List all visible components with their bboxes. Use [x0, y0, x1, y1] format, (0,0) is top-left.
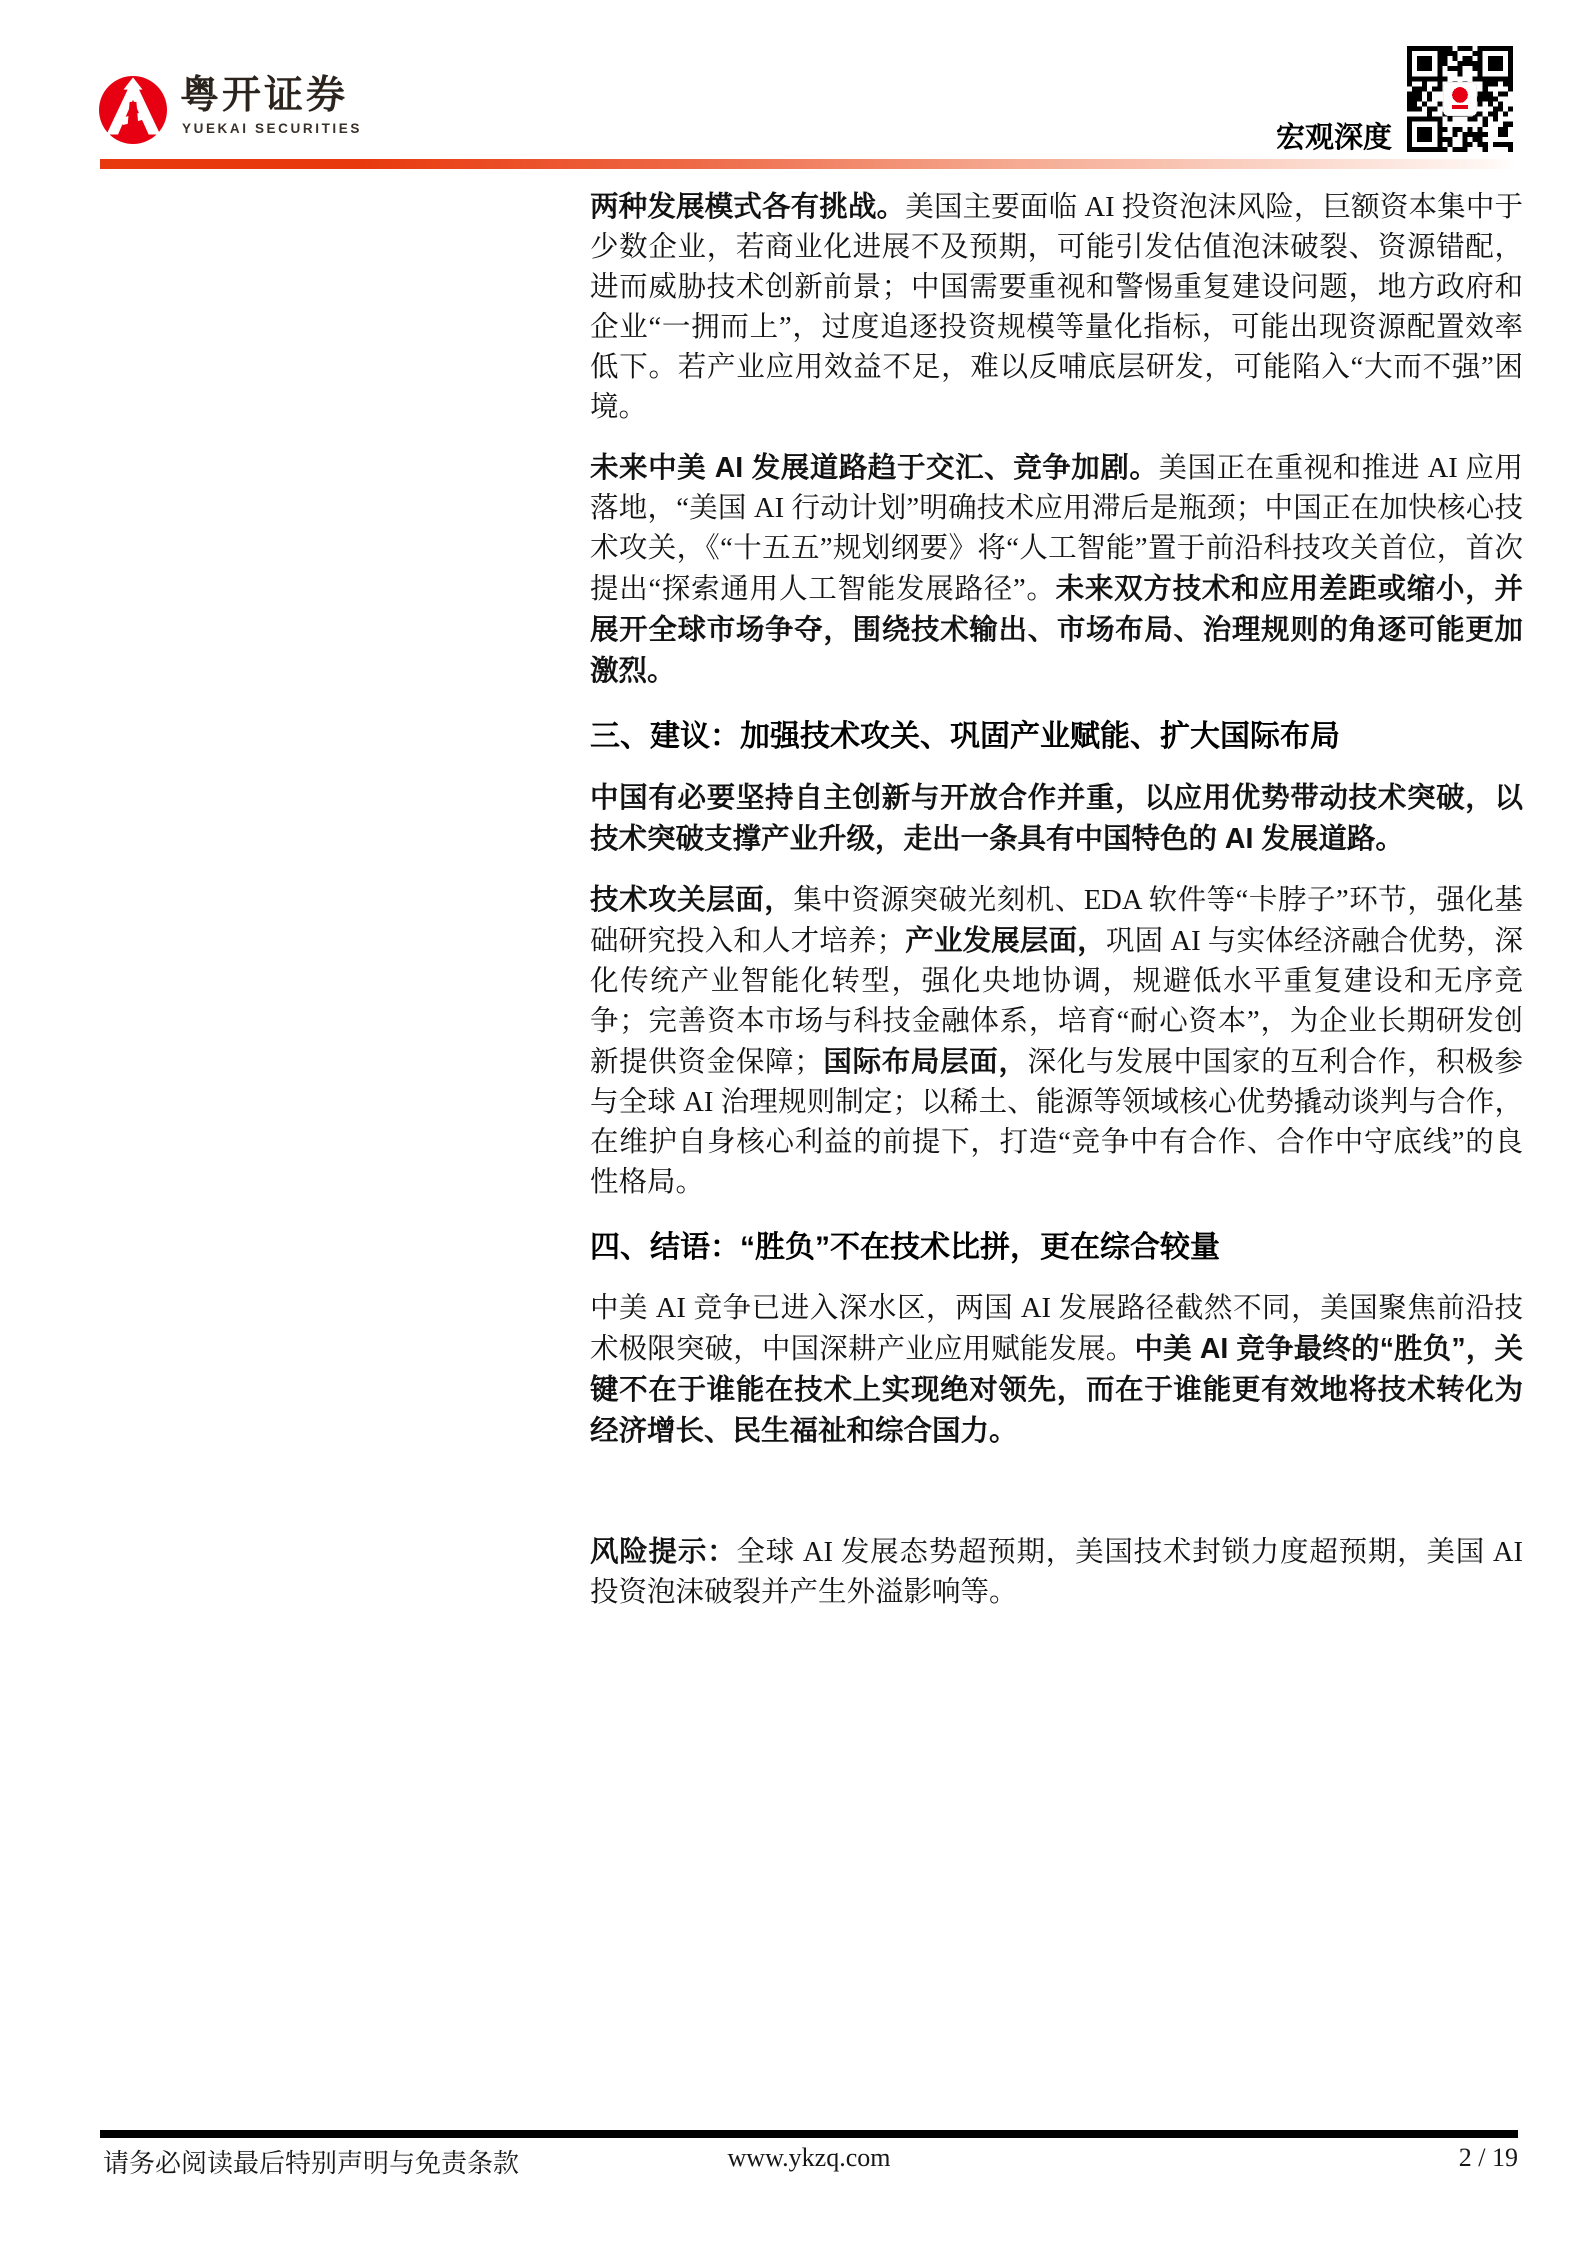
text-segment: 美国主要面临 AI 投资泡沫风险，巨额资本集中于少数企业，若商业化进展不及预期，…	[590, 192, 1523, 423]
article: 两种发展模式各有挑战。美国主要面临 AI 投资泡沫风险，巨额资本集中于少数企业，…	[590, 187, 1523, 1633]
section-heading: 三、建议：加强技术攻关、巩固产业赋能、扩大国际布局	[590, 717, 1523, 757]
section-heading: 四、结语：“胜负”不在技术比拼，更在综合较量	[590, 1228, 1523, 1268]
qr-code	[1407, 46, 1513, 152]
paragraph: 技术攻关层面，集中资源突破光刻机、EDA 软件等“卡脖子”环节，强化基础研究投入…	[590, 880, 1523, 1203]
paragraph: 中美 AI 竞争已进入深水区，两国 AI 发展路径截然不同，美国聚焦前沿技术极限…	[590, 1289, 1523, 1452]
bold-text-segment: 中国有必要坚持自主创新与开放合作并重，以应用优势带动技术突破，以技术突破支撑产业…	[590, 782, 1523, 855]
paragraph: 未来中美 AI 发展道路趋于交汇、竞争加剧。美国正在重视和推进 AI 应用落地，…	[590, 448, 1523, 692]
paragraph: 风险提示：全球 AI 发展态势超预期，美国技术封锁力度超预期，美国 AI 投资泡…	[590, 1532, 1523, 1613]
bold-text-segment: 两种发展模式各有挑战。	[590, 191, 905, 223]
paragraph: 中国有必要坚持自主创新与开放合作并重，以应用优势带动技术突破，以技术突破支撑产业…	[590, 778, 1523, 860]
bold-text-segment: 产业发展层面，	[905, 925, 1106, 957]
header-divider-line	[100, 159, 1515, 169]
paragraph: 两种发展模式各有挑战。美国主要面临 AI 投资泡沫风险，巨额资本集中于少数企业，…	[590, 187, 1523, 428]
footer-divider-bar	[100, 2130, 1518, 2138]
report-category-label: 宏观深度	[1276, 115, 1392, 156]
report-page: 粤开证券 YUEKAI SECURITIES 宏观深度 两种发展模式各有挑战。美…	[0, 0, 1588, 2245]
logo-text-en: YUEKAI SECURITIES	[182, 121, 362, 136]
logo-text-cn: 粤开证券	[180, 75, 348, 117]
bold-text-segment: 国际布局层面，	[823, 1046, 1028, 1078]
yuekai-logo-icon	[99, 76, 167, 144]
bold-text-segment: 风险提示：	[590, 1536, 736, 1568]
bold-text-segment: 技术攻关层面，	[590, 884, 793, 916]
bold-text-segment: 未来中美 AI 发展道路趋于交汇、竞争加剧。	[590, 452, 1158, 484]
footer-page-number: 2 / 19	[100, 2143, 1518, 2173]
